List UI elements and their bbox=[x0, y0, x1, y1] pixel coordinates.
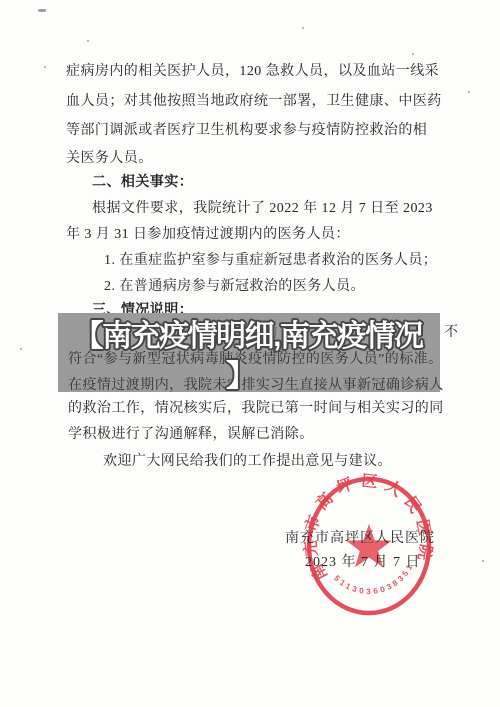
scanned-document-page: 症病房内的相关医护人员，120 急救人员，以及血站一线采 血人员；对其他按照当地… bbox=[0, 0, 500, 707]
body-line: 欢迎广大网民给我们的工作提出意见与建议。 bbox=[103, 453, 392, 471]
body-line: 2. 在普通病房参与新冠救治的医务人员。 bbox=[104, 278, 365, 296]
body-line: 学积极进行了沟通解释，误解已消除。 bbox=[68, 426, 314, 444]
body-line: 等部门调派或者医疗卫生机构要求参与疫情防控救治的相 bbox=[66, 122, 427, 140]
scan-speck bbox=[482, 560, 484, 562]
scan-speck bbox=[468, 91, 470, 93]
scan-speck bbox=[87, 40, 89, 42]
signature-date: 2023 年 7 月 7 日 bbox=[305, 551, 421, 571]
body-line: 年 3 月 31 日参加疫情过渡期内的医务人员： bbox=[66, 226, 350, 244]
scan-speck bbox=[412, 53, 414, 55]
overlay-title-line1: 【南充疫情明细,南充疫情况 bbox=[74, 319, 424, 353]
body-line: 关医务人员。 bbox=[66, 150, 153, 168]
scan-speck bbox=[302, 27, 304, 29]
body-line: 血人员；对其他按照当地政府统一部署，卫生健康、中医药 bbox=[66, 93, 442, 111]
overlay-title-line2: 】 bbox=[226, 359, 256, 393]
scan-speck bbox=[44, 66, 46, 68]
signature-org: 南充市高坪区人民医院 bbox=[285, 527, 435, 547]
body-line: 1. 在重症监护室参与重症新冠患者救治的医务人员； bbox=[104, 252, 437, 270]
body-line: 根据文件要求，我院统计了 2022 年 12 月 7 日至 2023 bbox=[92, 200, 433, 218]
section-heading-related-facts: 二、相关事实： bbox=[92, 174, 193, 192]
overlay-banner: 【南充疫情明细,南充疫情况 】 bbox=[0, 300, 500, 410]
body-line: 症病房内的相关医护人员，120 急救人员，以及血站一线采 bbox=[66, 63, 439, 81]
scan-speck bbox=[38, 9, 46, 12]
